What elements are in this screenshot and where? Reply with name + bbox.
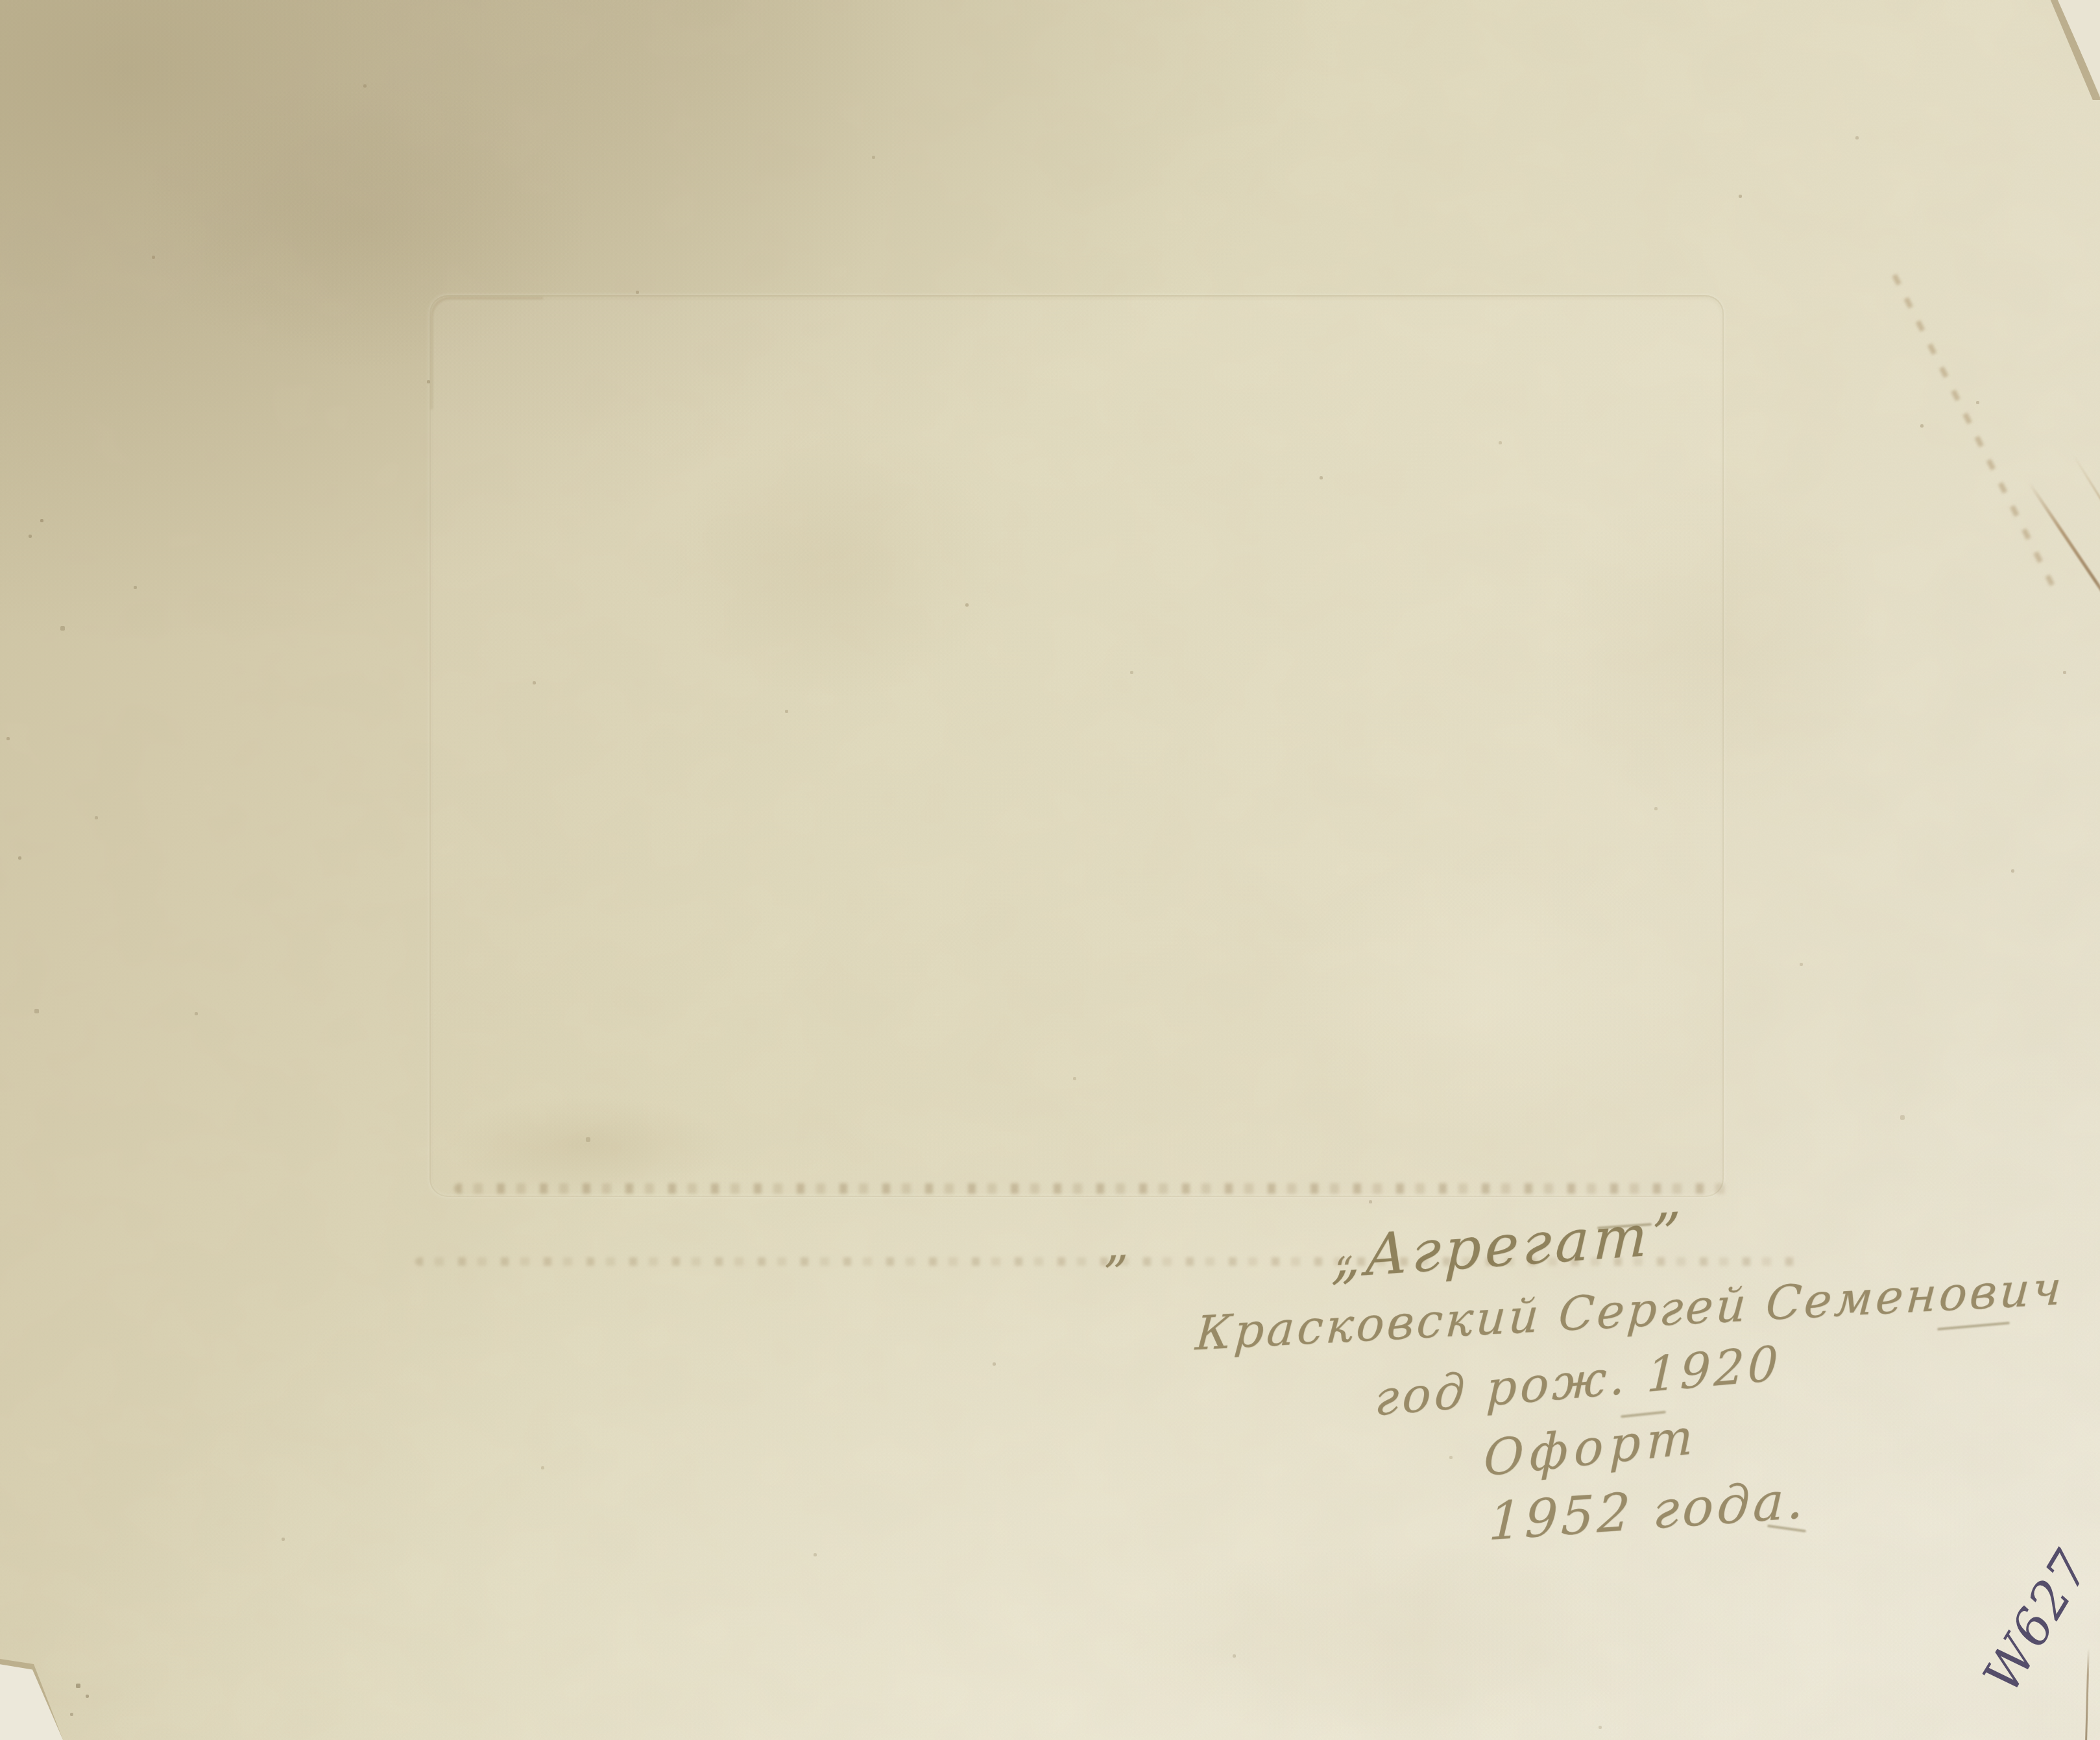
inscription-name-quote: “: [1334, 1249, 1355, 1292]
inscription-stray-quote: „: [1102, 1214, 1130, 1273]
background-sheet-corner-bottom-left: [0, 1650, 64, 1740]
etching-verso-photo: „ „Агрегат” “ Красковский Сергей Семенов…: [0, 0, 2100, 1740]
plate-mark-impression: [429, 295, 1724, 1197]
foxing-specks: [0, 0, 1, 1]
smudge-band-upper: [454, 1183, 1739, 1194]
background-sheet-corner-top-right: [2042, 0, 2100, 100]
plate-mark-corner-shadow: [431, 297, 543, 409]
